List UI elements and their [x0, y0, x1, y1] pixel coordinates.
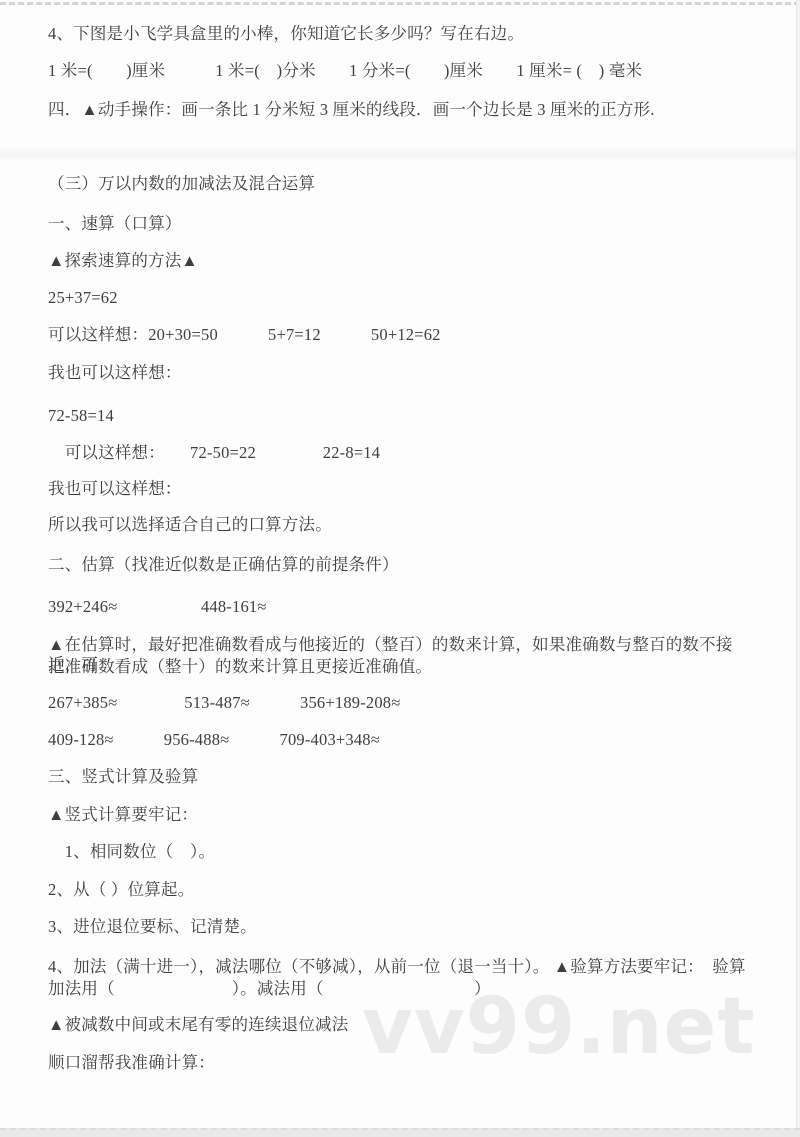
page-right-edge	[796, 0, 800, 1137]
vertical-calc-title: 三、竖式计算及验算	[48, 767, 198, 787]
vertical-calc-note: ▲竖式计算要牢记：	[48, 805, 198, 825]
rule-2: 2、从（ ）位算起。	[48, 880, 194, 900]
question-4-text: 4、下图是小飞学具盒里的小棒，你知道它长多少吗？写在右边。	[48, 24, 524, 44]
rule-4-line-2: 加法用（ ）。减法用（ ）	[48, 979, 491, 999]
method-conclusion: 所以我可以选择适合自己的口算方法。	[48, 515, 332, 535]
estimate-row-1: 392+246≈ 448-161≈	[48, 597, 267, 617]
quick-calc-title: 一、速算（口算）	[48, 214, 182, 234]
rule-4-line-1: 4、加法（满十进一），减法哪位（不够减），从前一位（退一当十）。 ▲验算方法要牢…	[48, 957, 746, 977]
hands-on-task: 四．▲动手操作：画一条比 1 分米短 3 厘米的线段．画一个边长是 3 厘米的正…	[48, 100, 655, 120]
estimate-row-3: 409-128≈ 956-488≈ 709-403+348≈	[48, 730, 380, 750]
watermark-text: vv99.net	[362, 988, 756, 1066]
worksheet-page: vv99.net 4、下图是小飞学具盒里的小棒，你知道它长多少吗？写在右边。 1…	[0, 0, 800, 1137]
estimate-title: 二、估算（找准近似数是正确估算的前提条件）	[48, 555, 399, 575]
addition-example: 25+37=62	[48, 288, 118, 308]
estimate-note-line-2: 把准确数看成（整十）的数来计算且更接近准确值。	[48, 657, 432, 677]
estimate-row-2: 267+385≈ 513-487≈ 356+189-208≈	[48, 693, 401, 713]
subtraction-think-line: 可以这样想： 72-50=22 22-8=14	[48, 443, 380, 463]
rhyme-intro: 顺口溜帮我准确计算：	[48, 1053, 215, 1073]
subtraction-example: 72-58=14	[48, 406, 114, 426]
explore-method-header: ▲探索速算的方法▲	[48, 251, 198, 271]
my-way-line-2: 我也可以这样想：	[48, 479, 182, 499]
page-bottom-edge	[0, 1128, 800, 1137]
top-dashed-divider	[0, 2, 800, 5]
section-3-title: （三）万以内数的加减法及混合运算	[48, 174, 315, 194]
page-break-shadow	[0, 147, 800, 162]
unit-conversion-line: 1 米=( )厘米 1 米=( )分米 1 分米=( )厘米 1 厘米= ( )…	[48, 61, 642, 81]
my-way-line-1: 我也可以这样想：	[48, 363, 182, 383]
zero-subtraction-header: ▲被减数中间或末尾有零的连续退位减法	[48, 1015, 348, 1035]
rule-1: 1、相同数位（ ）。	[48, 842, 215, 862]
rule-3: 3、进位退位要标、记清楚。	[48, 917, 257, 937]
addition-think-line: 可以这样想：20+30=50 5+7=12 50+12=62	[48, 325, 441, 345]
